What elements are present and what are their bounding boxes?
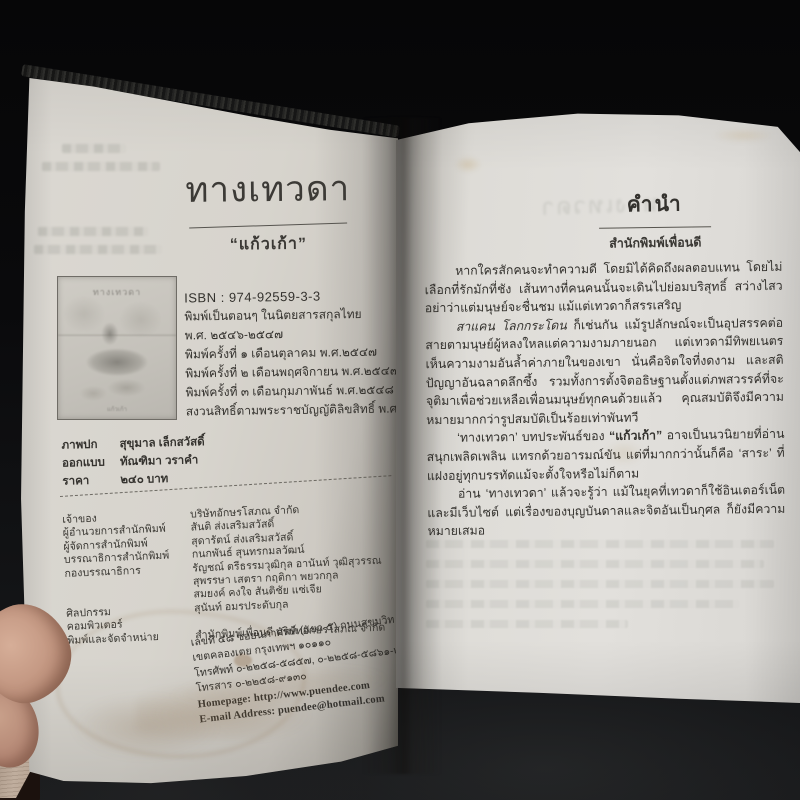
character-names: สาแคน โลกกระโดน xyxy=(456,318,567,333)
ghost-line xyxy=(34,245,162,254)
copyright-line: สงวนสิทธิ์ตามพระราชบัญญัติลิขสิทธิ์ พ.ศ.… xyxy=(186,400,396,422)
title-underline xyxy=(189,223,347,229)
ghost-line xyxy=(42,162,160,171)
paragraph-3-lead: ‘ทางเทวดา’ บทประพันธ์ของ xyxy=(457,429,609,445)
left-page: ทางเทวดา “แก้วเก้า” ทางเทวดา แก้วเก้า IS… xyxy=(18,68,398,786)
preface-underline xyxy=(599,226,711,229)
paragraph-2: สาแคน โลกกระโดน ก็เช่นกัน แม้รูปลักษณ์จะ… xyxy=(425,314,784,430)
cover-thumbnail: ทางเทวดา แก้วเก้า xyxy=(57,276,177,420)
title-block: ทางเทวดา “แก้วเก้า” xyxy=(166,161,371,258)
paragraph-3: ‘ทางเทวดา’ บทประพันธ์ของ “แก้วเก้า” อาจเ… xyxy=(426,425,785,485)
yellow-spot xyxy=(712,128,774,143)
show-through-text xyxy=(426,540,774,640)
credit-label: ออกแบบ xyxy=(62,453,120,472)
photo-open-book: ทางเทวดา “แก้วเก้า” ทางเทวดา แก้วเก้า IS… xyxy=(0,0,800,800)
publication-info: ISBN : 974-92559-3-3 พิมพ์เป็นตอนๆ ในนิต… xyxy=(184,286,396,422)
book-title: ทางเทวดา xyxy=(166,161,371,218)
ghost-line xyxy=(426,620,628,628)
price-value: ๒๔๐ บาท xyxy=(120,470,168,489)
ghost-line xyxy=(62,144,126,153)
preface-publisher: สำนักพิมพ์เพื่อนดี xyxy=(582,232,728,254)
right-page: ทางเทวดา คำนำ สำนักพิมพ์เพื่อนดี หากใครส… xyxy=(396,110,800,712)
paragraph-4: อ่าน ‘ทางเทวดา’ แล้วจะรู้ว่า แม้ในยุคที่… xyxy=(427,481,786,541)
preface-body: หากใครสักคนจะทำความดี โดยมิได้คิดถึงผลตอ… xyxy=(424,258,785,541)
credit-label: ราคา xyxy=(62,471,120,490)
preface-header: คำนำ สำนักพิมพ์เพื่อนดี xyxy=(582,187,729,254)
yellow-spot xyxy=(454,156,482,173)
credit-value: ทัณฑิมา วราคำ xyxy=(120,451,199,471)
pen-name: “แก้วเก้า” xyxy=(609,429,662,444)
ghost-line xyxy=(426,580,774,588)
ghost-line xyxy=(426,600,739,608)
book-author-pen-name: “แก้วเก้า” xyxy=(166,231,370,258)
ghost-line xyxy=(38,227,148,236)
preface-title: คำนำ xyxy=(582,187,728,222)
credits-block: ภาพปก สุขุมาล เล็กสวัสดิ์ ออกแบบ ทัณฑิมา… xyxy=(61,429,362,490)
credit-label: ภาพปก xyxy=(61,435,119,454)
paragraph-1: หากใครสักคนจะทำความดี โดยมิได้คิดถึงผลตอ… xyxy=(424,258,783,318)
credit-value: สุขุมาล เล็กสวัสดิ์ xyxy=(119,433,204,453)
ghost-line xyxy=(426,540,774,548)
ghost-line xyxy=(426,560,764,568)
cover-title-text: ทางเทวดา xyxy=(58,285,176,299)
cover-author-text: แก้วเก้า xyxy=(58,404,176,414)
